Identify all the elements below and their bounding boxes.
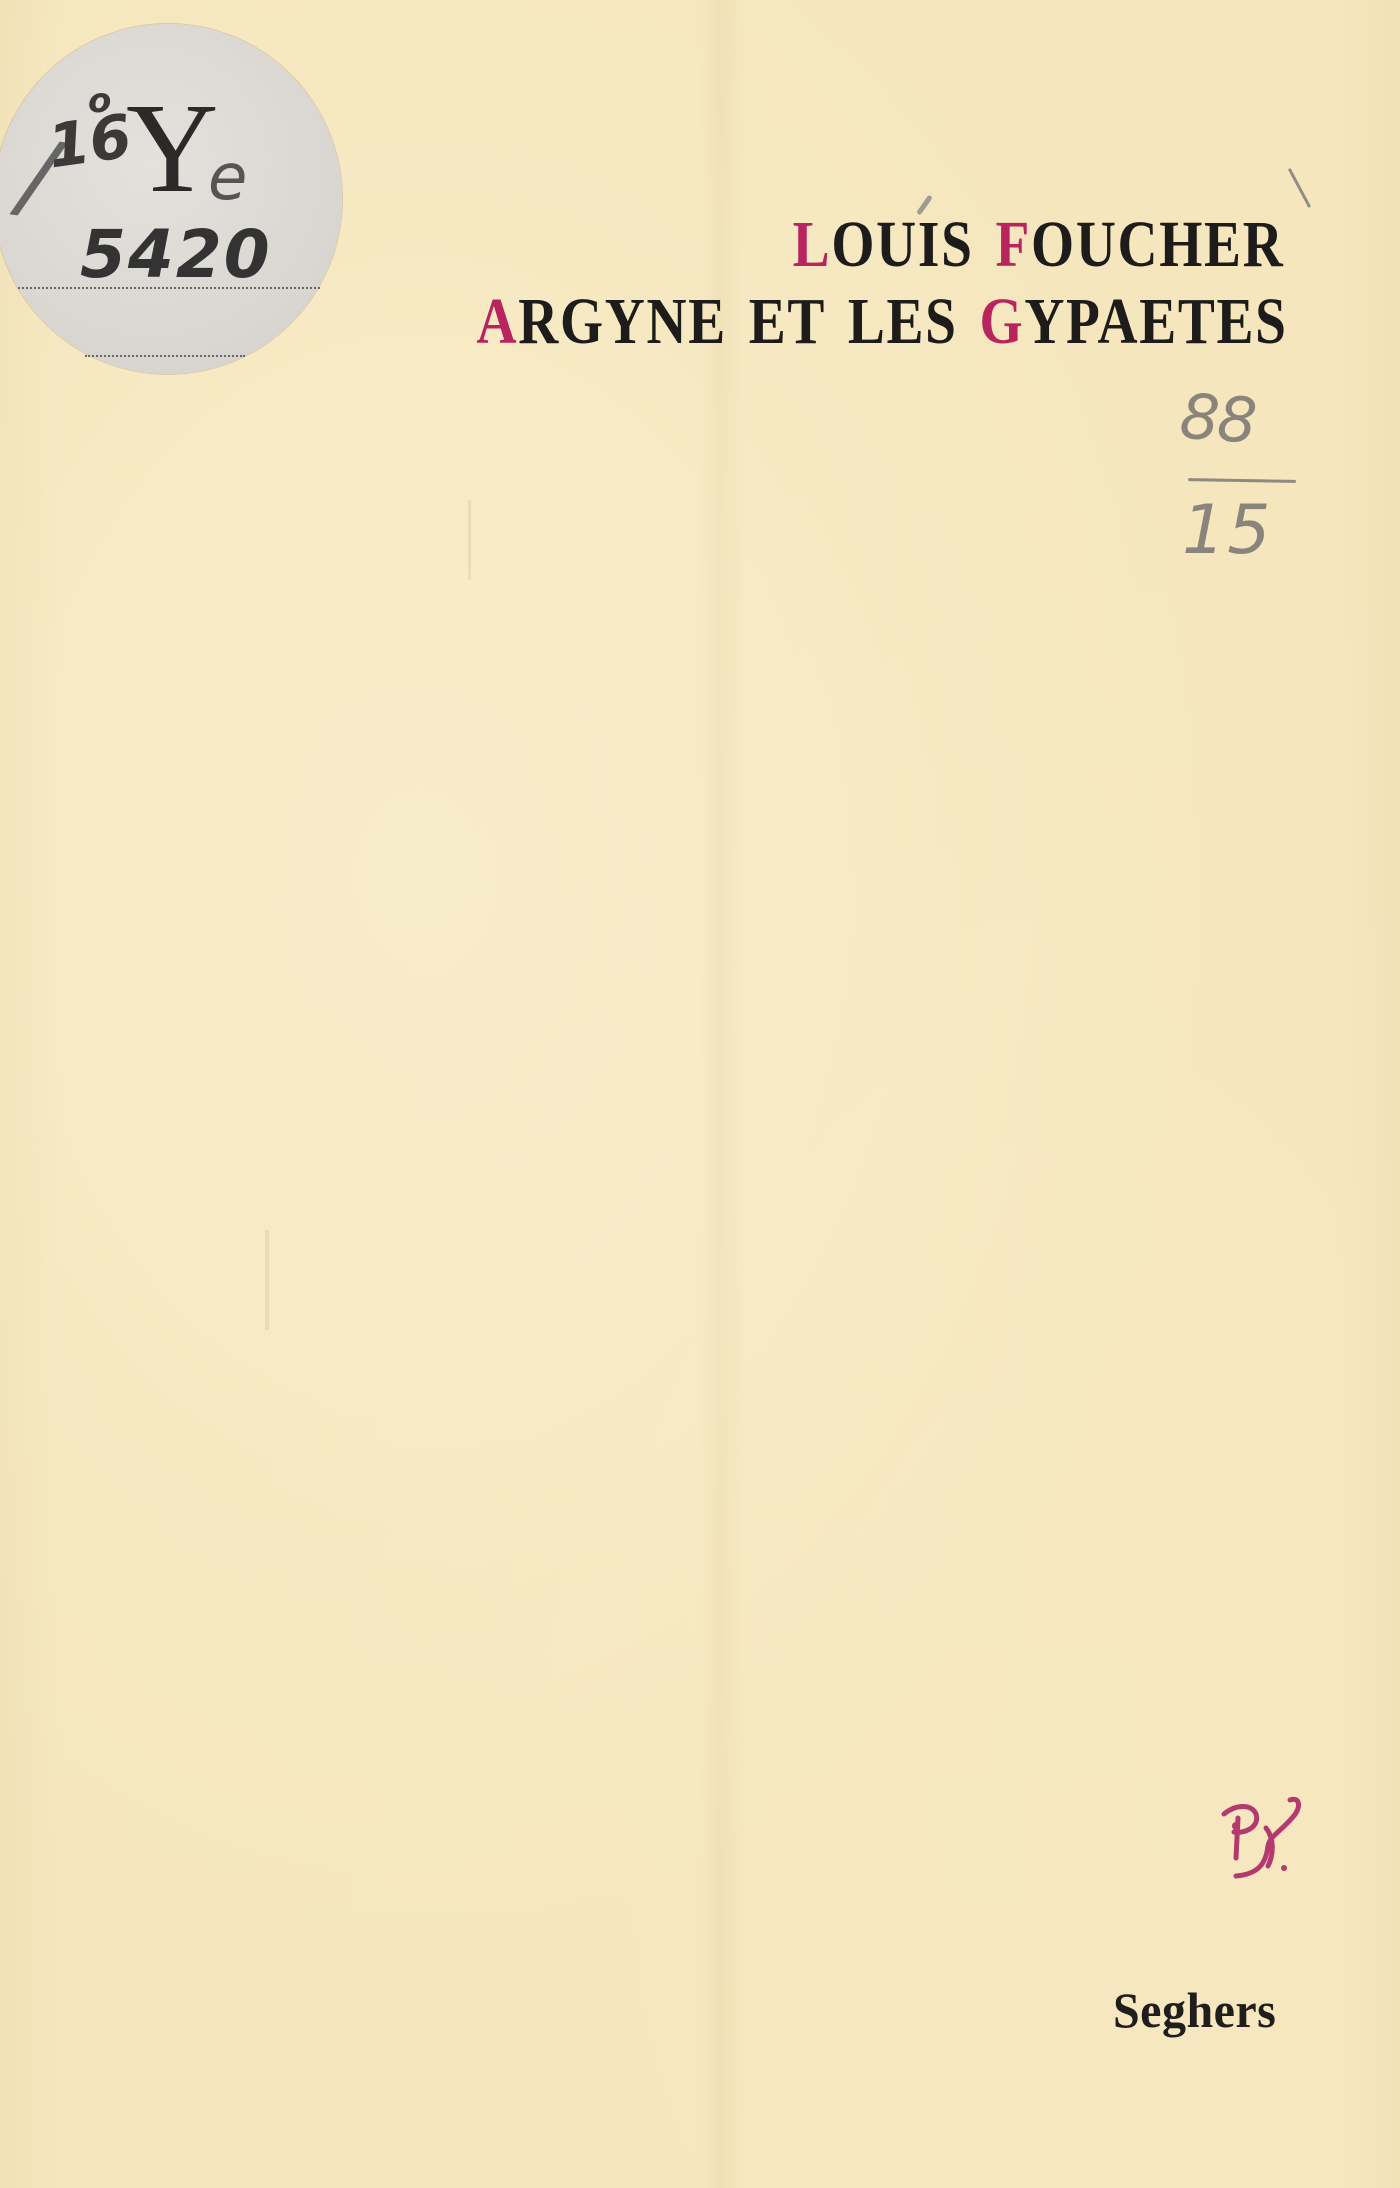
- sticker-printed-letter: Y: [126, 84, 218, 212]
- sticker-dotted-line: [85, 355, 245, 357]
- title-word1-initial: A: [477, 285, 519, 358]
- title-word4-initial: G: [980, 285, 1025, 358]
- publisher-name: Seghers: [1113, 1982, 1276, 2038]
- pencil-denominator: 15: [1182, 496, 1273, 566]
- pencil-numerator: 88: [1178, 385, 1257, 452]
- title-word4-rest: YPAETES: [1025, 285, 1288, 358]
- title-word2: ET: [749, 285, 826, 358]
- title-word1-rest: RGYNE: [519, 285, 728, 358]
- sticker-call-number: 5420: [80, 222, 272, 288]
- paper-stain: [265, 1230, 269, 1330]
- title-word3: LES: [848, 285, 958, 358]
- sticker-handwritten-suffix: e: [208, 146, 247, 210]
- sticker-dotted-line: [18, 287, 320, 289]
- author-name: LOUISFOUCHER: [792, 210, 1284, 280]
- author-first-initial: L: [792, 208, 831, 281]
- book-title: ARGYNEETLESGYPAETES: [477, 287, 1288, 357]
- author-last-rest: OUCHER: [1031, 208, 1284, 281]
- sticker-handwritten-degree: o: [88, 84, 111, 118]
- publisher-logo-icon: [1218, 1792, 1308, 1888]
- paper-stain: [468, 500, 471, 580]
- author-last-initial: F: [995, 208, 1031, 281]
- author-first-rest: OUIS: [831, 208, 973, 281]
